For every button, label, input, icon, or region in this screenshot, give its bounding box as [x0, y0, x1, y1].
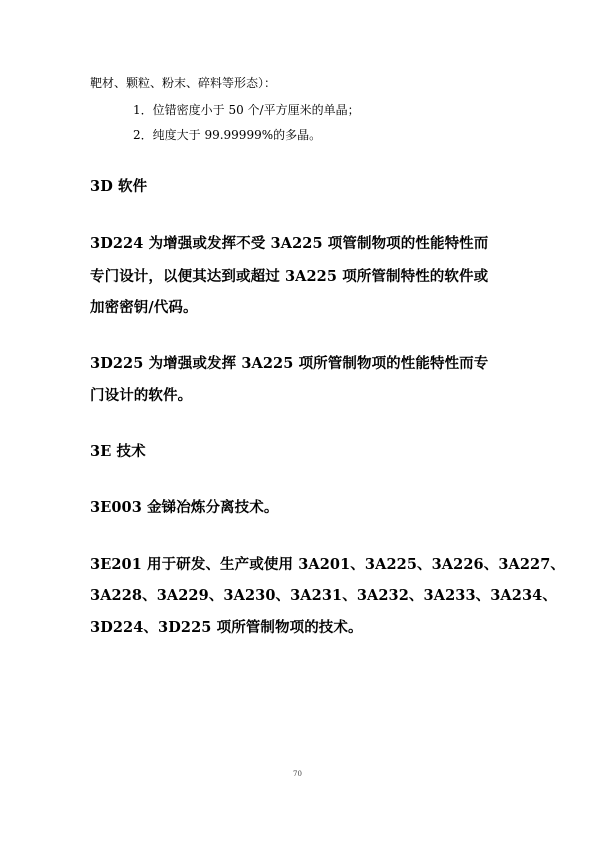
entry-3D225-line-2: 门设计的软件。	[90, 389, 192, 404]
intro-continuation: 靶材、颗粒、粉末、碎料等形态）：	[90, 77, 276, 89]
entry-3D224-line-1: 3D224 为增强或发挥不受 3A225 项管制物项的性能特性而	[90, 237, 488, 252]
entry-3E201-line-2: 3A228、3A229、3A230、3A231、3A232、3A233、3A23…	[90, 589, 557, 604]
list-item-2: 2．纯度大于 99.99999%的多晶。	[133, 129, 321, 141]
page-number: 70	[0, 770, 595, 778]
entry-3E201-line-3: 3D224、3D225 项所管制物项的技术。	[90, 621, 363, 636]
entry-3E003-line-1: 3E003 金锑冶炼分离技术。	[90, 501, 278, 516]
entry-3E201-line-1: 3E201 用于研发、生产或使用 3A201、3A225、3A226、3A227…	[90, 558, 565, 573]
document-page: 靶材、颗粒、粉末、碎料等形态）： 1．位错密度小于 50 个/平方厘米的单晶； …	[0, 0, 595, 841]
list-item-1: 1．位错密度小于 50 个/平方厘米的单晶；	[133, 104, 360, 116]
entry-3D224-line-3: 加密密钥/代码。	[90, 301, 198, 316]
section-heading-3D: 3D 软件	[90, 180, 147, 195]
section-heading-3E: 3E 技术	[90, 445, 146, 460]
entry-3D225-line-1: 3D225 为增强或发挥 3A225 项所管制物项的性能特性而专	[90, 357, 488, 372]
entry-3D224-line-2: 专门设计，以便其达到或超过 3A225 项所管制特性的软件或	[90, 270, 488, 285]
